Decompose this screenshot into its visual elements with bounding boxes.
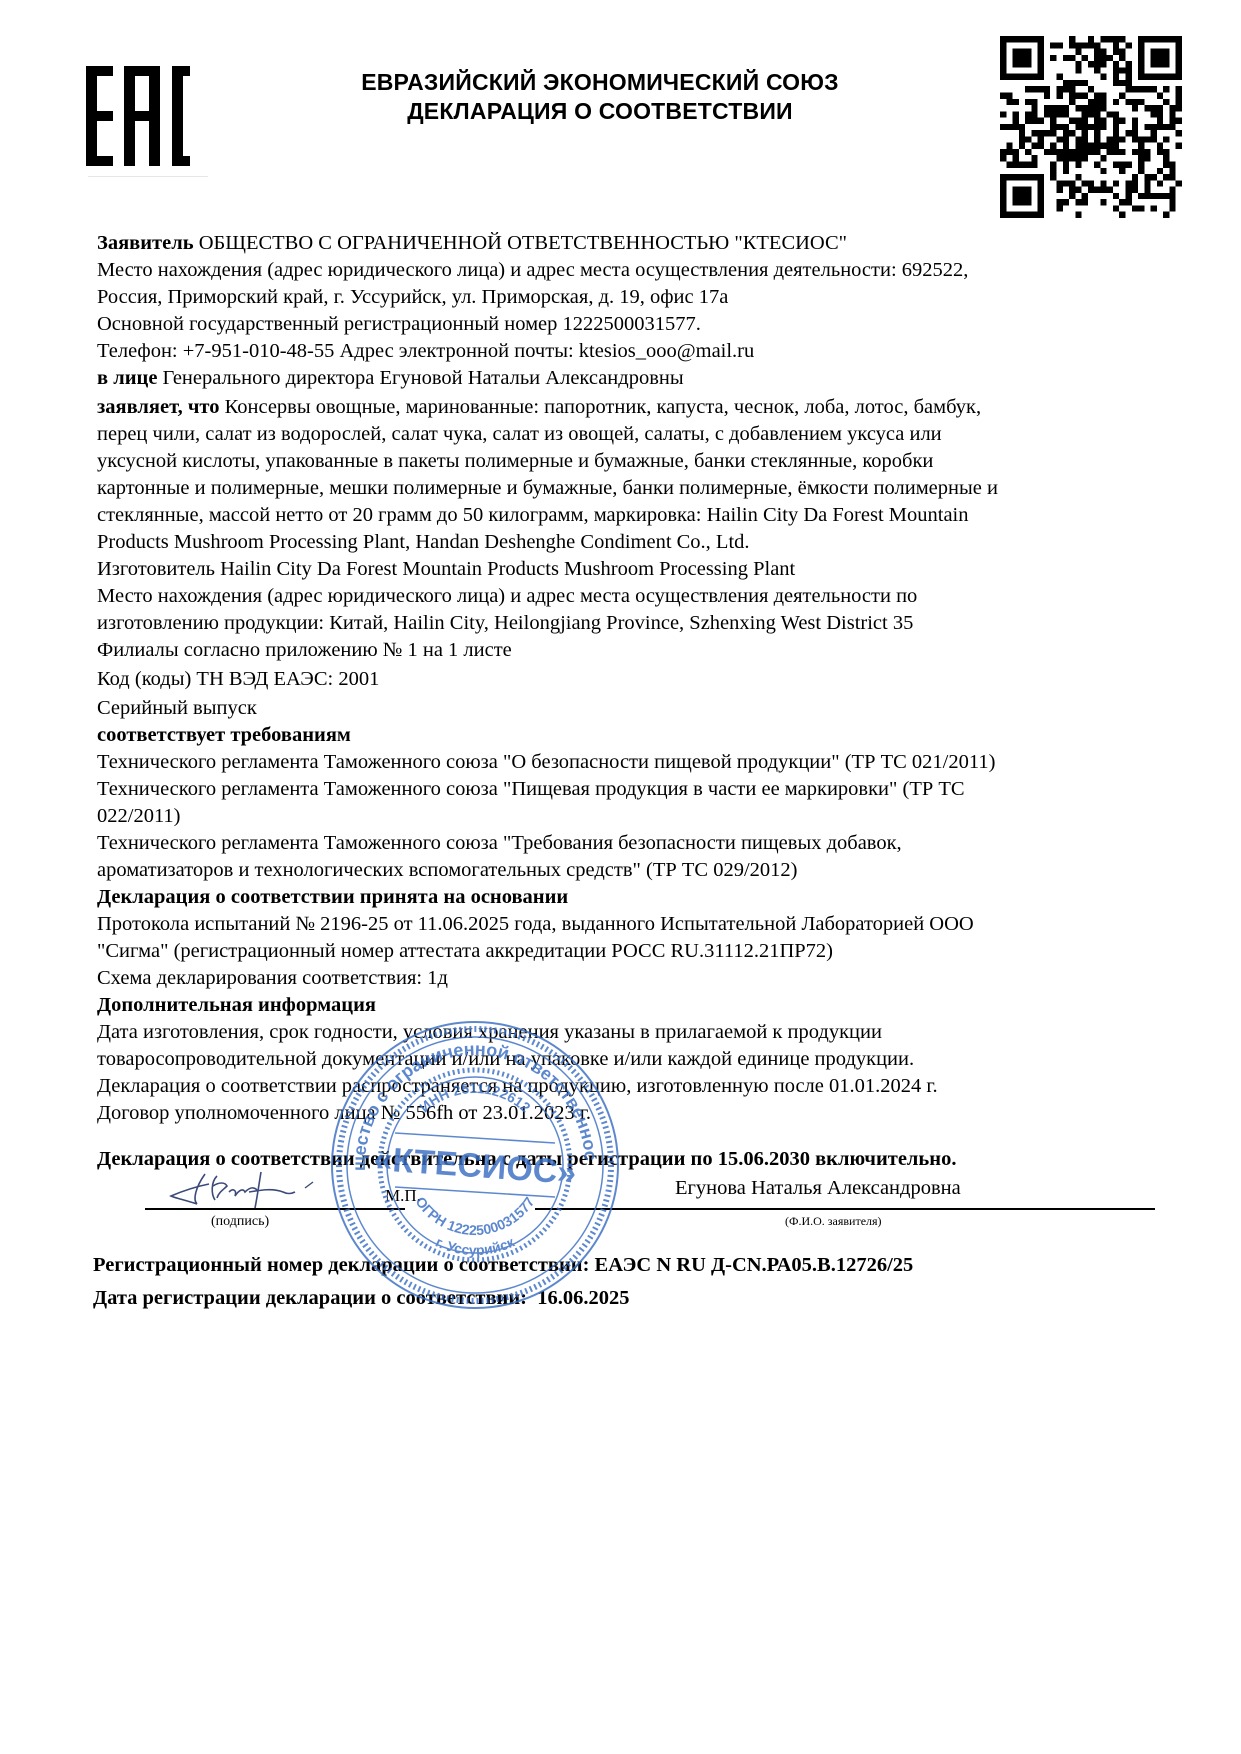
title-declaration: ДЕКЛАРАЦИЯ О СООТВЕТСТВИИ bbox=[260, 97, 940, 126]
company-stamp-icon: Общество с ограниченной ответственностью… bbox=[325, 1015, 625, 1315]
signature-caption: (подпись) bbox=[211, 1214, 269, 1230]
additional-line-0: Дата изготовления, срок годности, услови… bbox=[97, 1019, 1157, 1046]
representative-line: в лице Генерального директора Егуновой Н… bbox=[97, 365, 1157, 392]
manufacturer-address-1: Место нахождения (адрес юридического лиц… bbox=[97, 583, 1157, 610]
declares-label: заявляет, что bbox=[97, 396, 219, 418]
requirement-line-1: Технического регламента Таможенного союз… bbox=[97, 776, 1157, 803]
applicant-contacts: Телефон: +7-951-010-48-55 Адрес электрон… bbox=[97, 338, 1157, 365]
basis-heading: Декларация о соответствии принята на осн… bbox=[97, 884, 1157, 911]
eac-logo-icon bbox=[86, 66, 204, 176]
requirement-line-0: Технического регламента Таможенного союз… bbox=[97, 749, 1157, 776]
representative-name: Генерального директора Егуновой Натальи … bbox=[163, 367, 684, 389]
tn-ved-code: Код (коды) ТН ВЭД ЕАЭС: 2001 bbox=[97, 666, 1157, 693]
logo-divider bbox=[88, 176, 208, 177]
name-line bbox=[535, 1208, 1155, 1210]
product-line-5: Products Mushroom Processing Plant, Hand… bbox=[97, 529, 1157, 556]
representative-label: в лице bbox=[97, 367, 157, 389]
applicant-ogrn: Основной государственный регистрационный… bbox=[97, 311, 1157, 338]
product-line-2: уксусной кислоты, упакованные в пакеты п… bbox=[97, 448, 1157, 475]
svg-text:ОГРН 1222500031577: ОГРН 1222500031577 bbox=[412, 1194, 537, 1238]
stamp-company-name: «КТЕСИОС» bbox=[372, 1140, 577, 1192]
basis-line-1: "Сигма" (регистрационный номер аттестата… bbox=[97, 938, 1157, 965]
applicant-line: Заявитель ОБЩЕСТВО С ОГРАНИЧЕННОЙ ОТВЕТС… bbox=[97, 230, 1157, 257]
signer-name: Егунова Наталья Александровна bbox=[675, 1177, 961, 1200]
requirement-line-2: 022/2011) bbox=[97, 803, 1157, 830]
requirements-heading: соответствует требованиям bbox=[97, 722, 1157, 749]
manufacturer-address-2: изготовлению продукции: Китай, Hailin Ci… bbox=[97, 610, 1157, 637]
qr-code-icon bbox=[1000, 36, 1182, 218]
applicant-address-1: Место нахождения (адрес юридического лиц… bbox=[97, 257, 1157, 284]
signature-block: М.П. Егунова Наталья Александровна (подп… bbox=[145, 1168, 1155, 1228]
basis-line-0: Протокола испытаний № 2196-25 от 11.06.2… bbox=[97, 911, 1157, 938]
declaration-body: Заявитель ОБЩЕСТВО С ОГРАНИЧЕННОЙ ОТВЕТС… bbox=[97, 230, 1157, 1127]
svg-text:ИНН 2511122612: ИНН 2511122612 bbox=[416, 1080, 533, 1116]
applicant-label: Заявитель bbox=[97, 232, 194, 254]
applicant-name: ОБЩЕСТВО С ОГРАНИЧЕННОЙ ОТВЕТСТВЕННОСТЬЮ… bbox=[199, 232, 847, 254]
signature-icon bbox=[165, 1168, 315, 1212]
product-line-1: перец чили, салат из водорослей, салат ч… bbox=[97, 421, 1157, 448]
product-line-3: картонные и полимерные, мешки полимерные… bbox=[97, 475, 1157, 502]
stamp-inn: ИНН 2511122612 bbox=[416, 1080, 533, 1116]
manufacturer: Изготовитель Hailin City Da Forest Mount… bbox=[97, 556, 1157, 583]
additional-line-3: Договор уполномоченного лица № 556fh от … bbox=[97, 1100, 1157, 1127]
product-line-0: заявляет, что Консервы овощные, маринова… bbox=[97, 394, 1157, 421]
requirement-line-4: ароматизаторов и технологических вспомог… bbox=[97, 857, 1157, 884]
applicant-address-2: Россия, Приморский край, г. Уссурийск, у… bbox=[97, 284, 1157, 311]
declaration-page: ЕВРАЗИЙСКИЙ ЭКОНОМИЧЕСКИЙ СОЮЗ ДЕКЛАРАЦИ… bbox=[0, 0, 1241, 1754]
additional-heading: Дополнительная информация bbox=[97, 992, 1157, 1019]
name-caption: (Ф.И.О. заявителя) bbox=[785, 1214, 882, 1229]
product-line-4: стеклянные, массой нетто от 20 грамм до … bbox=[97, 502, 1157, 529]
additional-line-2: Декларация о соответствии распространяет… bbox=[97, 1073, 1157, 1100]
declaration-scheme: Схема декларирования соответствия: 1д bbox=[97, 965, 1157, 992]
branches: Филиалы согласно приложению № 1 на 1 лис… bbox=[97, 637, 1157, 664]
stamp-ogrn: ОГРН 1222500031577 bbox=[412, 1194, 537, 1238]
requirement-line-3: Технического регламента Таможенного союз… bbox=[97, 830, 1157, 857]
document-title: ЕВРАЗИЙСКИЙ ЭКОНОМИЧЕСКИЙ СОЮЗ ДЕКЛАРАЦИ… bbox=[260, 68, 940, 126]
additional-line-1: товаросопроводительной документации и/ил… bbox=[97, 1046, 1157, 1073]
release-type: Серийный выпуск bbox=[97, 695, 1157, 722]
title-union: ЕВРАЗИЙСКИЙ ЭКОНОМИЧЕСКИЙ СОЮЗ bbox=[260, 68, 940, 97]
